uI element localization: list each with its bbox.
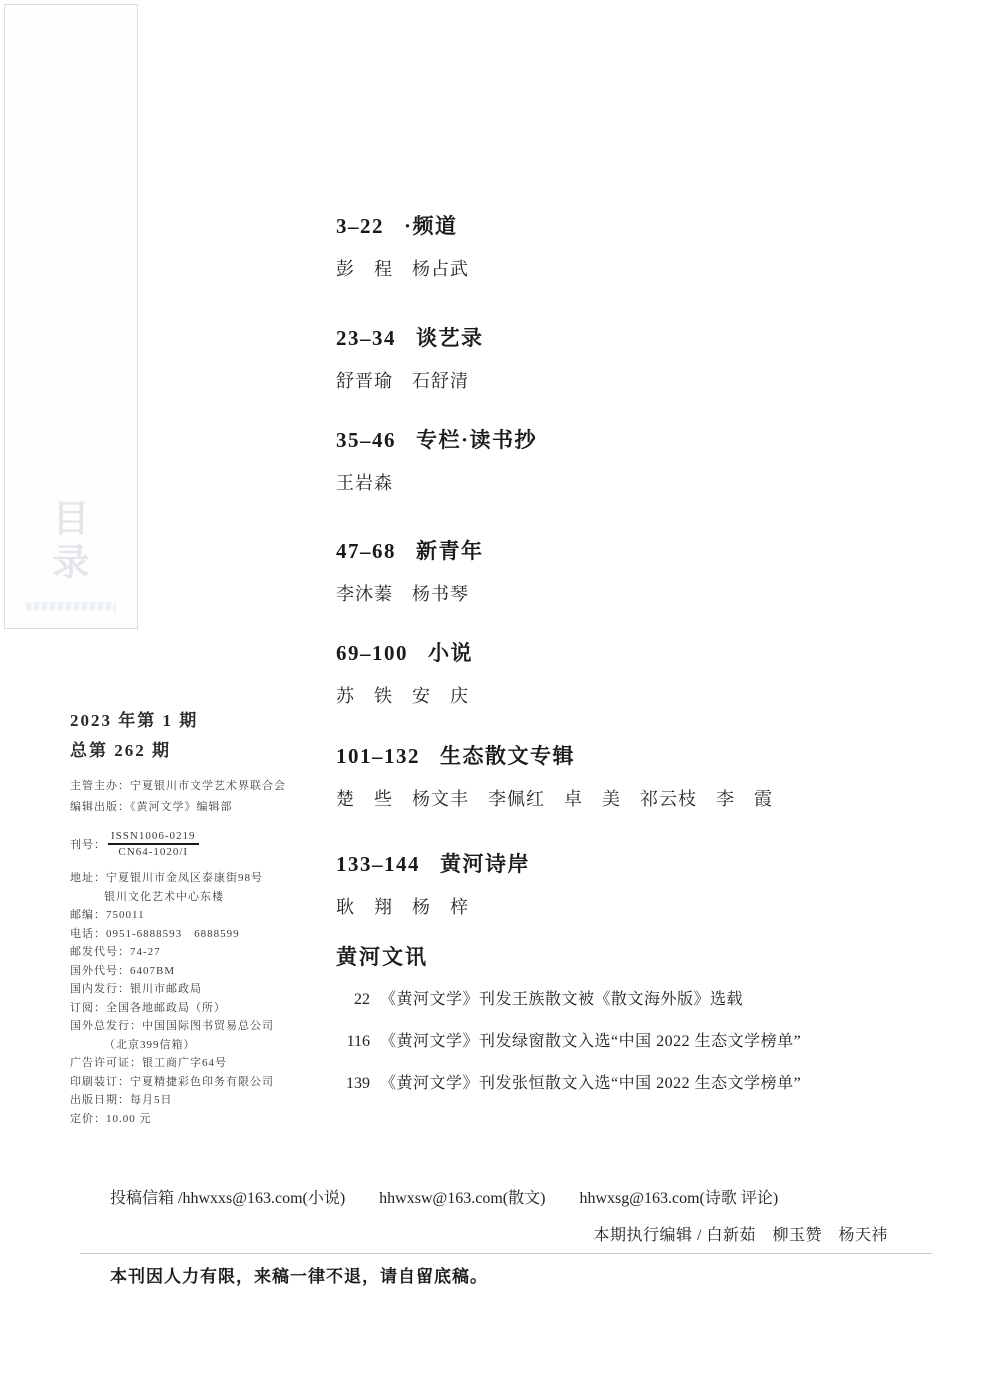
section-title: 专栏·读书抄 [416, 428, 537, 452]
submission-email-poetry: hhwxsg@163.com(诗歌 评论) [579, 1190, 778, 1207]
colophon-line-foreign-dist2: （北京399信箱） [70, 1036, 286, 1055]
news-item-page: 22 [336, 991, 370, 1009]
section-pages: 47–68 [336, 539, 396, 563]
contents-watermark: 目 录 [5, 498, 137, 611]
issn-number: ISSN1006-0219 [108, 830, 199, 845]
section-authors: 楚 些 杨文丰 李佩红 卓 美 祁云枝 李 霞 [336, 785, 773, 811]
section-heading: 47–68新青年 [336, 535, 484, 565]
contents-watermark-panel: 目 录 [4, 4, 138, 629]
colophon-details: 地址：宁夏银川市金凤区泰康街98号 银川文化艺术中心东楼 邮编：750011 电… [70, 869, 286, 1128]
colophon-line-address: 地址：宁夏银川市金凤区泰康街98号 [70, 869, 286, 888]
news-item: 22《黄河文学》刊发王族散文被《散文海外版》选载 [336, 986, 743, 1009]
section-pages: 35–46 [336, 428, 396, 452]
section-authors: 李沐蓁 杨书琴 [336, 580, 484, 606]
section-pages: 101–132 [336, 744, 420, 768]
colophon-line-ad-license: 广告许可证：银工商广字64号 [70, 1054, 286, 1073]
section-title: 小说 [428, 641, 473, 665]
news-item: 116《黄河文学》刊发绿窗散文入选“中国 2022 生态文学榜单” [336, 1028, 801, 1051]
section-authors: 舒晋瑜 石舒清 [336, 367, 484, 393]
section-title: 生态散文专辑 [440, 744, 575, 768]
section-authors: 耿 翔 杨 梓 [336, 893, 530, 919]
news-item-text: 《黄河文学》刊发绿窗散文入选“中国 2022 生态文学榜单” [380, 1033, 801, 1050]
news-item-page: 139 [336, 1075, 370, 1093]
submission-notice: 本刊因人力有限，来稿一律不退，请自留底稿。 [110, 1262, 488, 1287]
news-item-text: 《黄河文学》刊发王族散文被《散文海外版》选载 [380, 991, 743, 1008]
news-item-page: 116 [336, 1033, 370, 1051]
issue-year-line: 2023 年第 1 期 [70, 706, 198, 736]
section-authors: 彭 程 杨占武 [336, 255, 469, 281]
issn-fraction: ISSN1006-0219 CN64-1020/I [108, 830, 199, 858]
colophon-publisher: 编辑出版：《黄河文学》编辑部 [70, 797, 286, 818]
section-title: 新青年 [416, 539, 484, 563]
issue-info: 2023 年第 1 期 总第 262 期 [70, 706, 198, 766]
issn-label: 刊号： [70, 836, 106, 852]
colophon-line-domestic-dist: 国内发行：银川市邮政局 [70, 980, 286, 999]
submission-email-fiction: 投稿信箱 /hhwxxs@163.com(小说) [110, 1190, 345, 1207]
section-pages: 69–100 [336, 641, 408, 665]
watermark-char-bottom: 录 [5, 542, 137, 586]
submission-email-prose: hhwxsw@163.com(散文) [379, 1190, 545, 1207]
colophon: 主管主办：宁夏银川市文学艺术界联合会 编辑出版：《黄河文学》编辑部 刊号： IS… [70, 776, 286, 1128]
colophon-line-postal-code: 邮发代号：74-27 [70, 943, 286, 962]
toc-section: 101–132生态散文专辑 楚 些 杨文丰 李佩红 卓 美 祁云枝 李 霞 [336, 740, 773, 811]
section-heading: 133–144黄河诗岸 [336, 848, 530, 878]
submission-emails: 投稿信箱 /hhwxxs@163.com(小说)hhwxsw@163.com(散… [110, 1185, 812, 1208]
toc-section: 69–100小说 苏 铁 安 庆 [336, 637, 473, 708]
section-pages: 133–144 [336, 852, 420, 876]
section-pages: 23–34 [336, 326, 396, 350]
section-title: 谈艺录 [416, 326, 484, 350]
issn-block: 刊号： ISSN1006-0219 CN64-1020/I [70, 825, 286, 863]
colophon-line-foreign-dist: 国外总发行：中国国际图书贸易总公司 [70, 1017, 286, 1036]
toc-section: 23–34谈艺录 舒晋瑜 石舒清 [336, 322, 484, 393]
section-authors: 王岩森 [336, 469, 537, 495]
footer-divider [80, 1253, 932, 1254]
colophon-line-subscription: 订阅：全国各地邮政局（所） [70, 999, 286, 1018]
colophon-line-postcode: 邮编：750011 [70, 906, 286, 925]
colophon-line-pub-date: 出版日期：每月5日 [70, 1091, 286, 1110]
section-heading: 23–34谈艺录 [336, 322, 484, 352]
section-title: 黄河诗岸 [440, 852, 530, 876]
toc-section: 35–46专栏·读书抄 王岩森 [336, 424, 537, 495]
toc-section: 3–22·频道 彭 程 杨占武 [336, 210, 469, 281]
issue-total-line: 总第 262 期 [70, 736, 198, 766]
news-item: 139《黄河文学》刊发张恒散文入选“中国 2022 生态文学榜单” [336, 1070, 801, 1093]
section-heading: 3–22·频道 [336, 210, 469, 240]
news-item-text: 《黄河文学》刊发张恒散文入选“中国 2022 生态文学榜单” [380, 1075, 801, 1092]
colophon-line-foreign-code: 国外代号：6407BM [70, 962, 286, 981]
watermark-char-top: 目 [5, 498, 137, 542]
watermark-faint-caption [26, 602, 116, 611]
toc-section: 133–144黄河诗岸 耿 翔 杨 梓 [336, 848, 530, 919]
news-section-title: 黄河文讯 [336, 941, 428, 971]
colophon-line-printer: 印刷装订：宁夏精捷彩色印务有限公司 [70, 1073, 286, 1092]
colophon-line-phone: 电话：0951-6888593 6888599 [70, 925, 286, 944]
colophon-supervisor: 主管主办：宁夏银川市文学艺术界联合会 [70, 776, 286, 797]
section-heading: 35–46专栏·读书抄 [336, 424, 537, 454]
section-heading: 69–100小说 [336, 637, 473, 667]
executive-editors: 本期执行编辑 / 白新茹 柳玉赞 杨天祎 [594, 1222, 888, 1245]
cn-number: CN64-1020/I [108, 845, 199, 858]
section-title: ·频道 [404, 214, 458, 238]
colophon-line-address2: 银川文化艺术中心东楼 [70, 888, 286, 907]
colophon-line-price: 定价：10.00 元 [70, 1110, 286, 1129]
toc-section: 47–68新青年 李沐蓁 杨书琴 [336, 535, 484, 606]
section-authors: 苏 铁 安 庆 [336, 682, 473, 708]
section-pages: 3–22 [336, 214, 384, 238]
section-heading: 101–132生态散文专辑 [336, 740, 773, 770]
magazine-contents-page: 目 录 2023 年第 1 期 总第 262 期 主管主办：宁夏银川市文学艺术界… [0, 0, 1000, 1391]
